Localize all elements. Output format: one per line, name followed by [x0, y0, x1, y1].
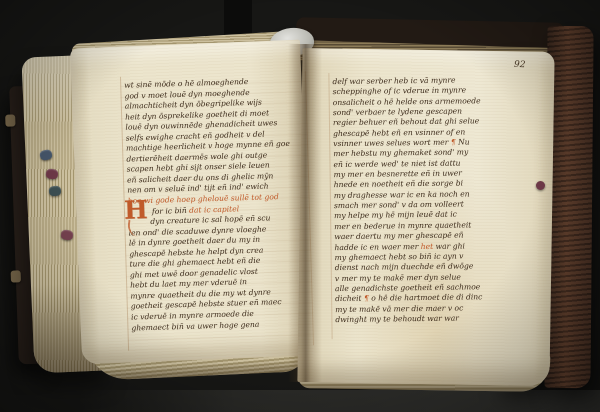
bookmark-tab-icon: [46, 168, 59, 179]
manuscript-photo: H wt sinē mōde o hē almoeghendegod v moe…: [0, 0, 600, 412]
folio-number: 92: [514, 60, 526, 71]
bookmark-pin-icon: [536, 181, 545, 190]
bookmark-tab-icon: [60, 229, 73, 241]
right-page-text: delf war serber heb ic vā mynreschepping…: [328, 71, 516, 339]
clasp-remnant-icon: [5, 114, 15, 126]
decorated-initial: H: [124, 199, 148, 222]
table-surface: [80, 390, 600, 412]
left-page-text: H wt sinē mōde o hē almoeghendegod v moe…: [120, 71, 314, 350]
bookmark-tab-icon: [49, 186, 62, 197]
clasp-remnant-icon: [11, 270, 21, 282]
manuscript-text-line: dwinght my te behoudt war war: [335, 313, 516, 326]
